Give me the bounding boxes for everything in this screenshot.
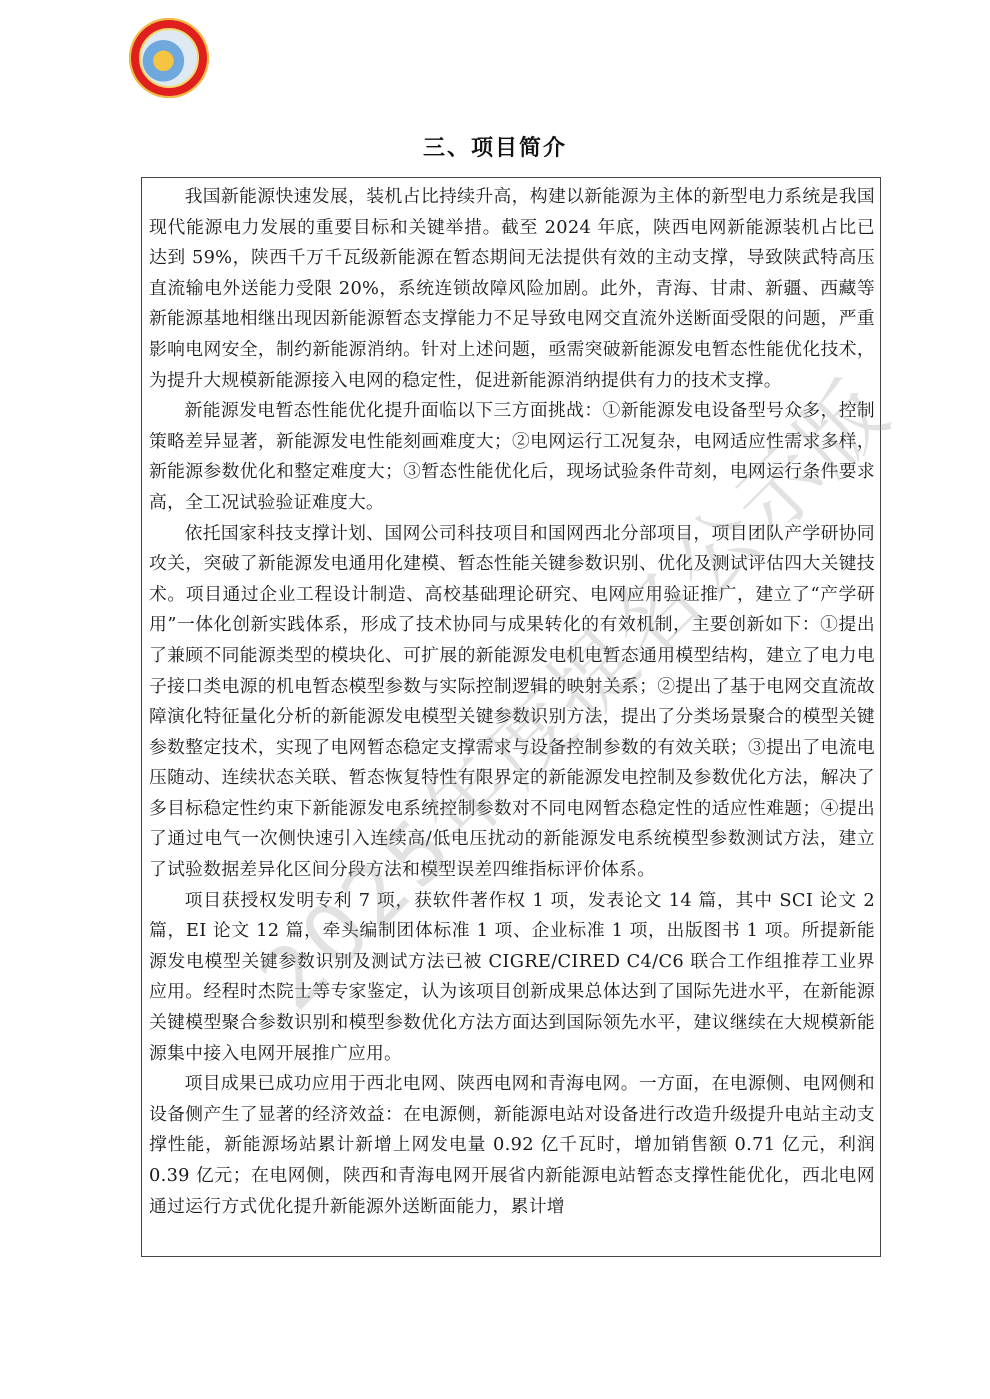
paragraph-achievements: 项目获授权发明专利 7 项，获软件著作权 1 项，发表论文 14 篇，其中 SC… xyxy=(149,886,875,1070)
project-summary-content: 我国新能源快速发展，装机占比持续升高，构建以新能源为主体的新型电力系统是我国现代… xyxy=(149,182,875,1222)
paragraph-innovations: 依托国家科技支撑计划、国网公司科技项目和国网西北分部项目，项目团队产学研协同攻关… xyxy=(149,519,875,886)
seal-emblem-icon xyxy=(139,28,199,88)
organization-seal-logo xyxy=(129,18,209,98)
project-summary-box: 我国新能源快速发展，装机占比持续升高，构建以新能源为主体的新型电力系统是我国现代… xyxy=(141,177,881,1257)
paragraph-challenges: 新能源发电暂态性能优化提升面临以下三方面挑战：①新能源发电设备型号众多，控制策略… xyxy=(149,396,875,518)
section-title: 三、项目简介 xyxy=(0,131,990,162)
paragraph-applications: 项目成果已成功应用于西北电网、陕西电网和青海电网。一方面，在电源侧、电网侧和设备… xyxy=(149,1069,875,1222)
paragraph-background: 我国新能源快速发展，装机占比持续升高，构建以新能源为主体的新型电力系统是我国现代… xyxy=(149,182,875,396)
